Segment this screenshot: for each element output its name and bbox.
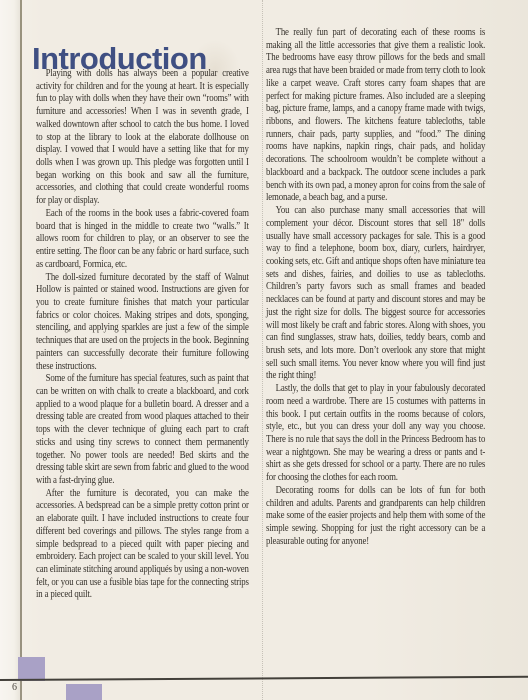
paragraph: After the furniture is decorated, you ca… — [36, 487, 249, 601]
page-number: 6 — [12, 682, 17, 693]
paragraph: The doll-sized furniture decorated by th… — [36, 271, 249, 373]
paragraph: The really fun part of decorating each o… — [266, 26, 485, 204]
page-spine-line — [20, 0, 22, 700]
footer-rule — [0, 676, 528, 681]
paragraph: You can also purchase many small accesso… — [266, 204, 485, 382]
paragraph: Each of the rooms in the book uses a fab… — [36, 207, 249, 271]
paragraph: Decorating rooms for dolls can be lots o… — [266, 484, 485, 548]
decorative-square-upper — [18, 657, 45, 681]
paragraph: Lastly, the dolls that get to play in yo… — [266, 382, 485, 484]
column-gutter-dotted-line — [262, 0, 263, 700]
paragraph: Playing with dolls has always been a pop… — [36, 67, 249, 207]
left-text-column: Playing with dolls has always been a pop… — [36, 67, 249, 601]
page-edge-margin — [0, 0, 20, 700]
decorative-square-lower — [66, 684, 102, 700]
paragraph: Some of the furniture has special featur… — [36, 372, 249, 486]
right-text-column: The really fun part of decorating each o… — [266, 26, 485, 547]
